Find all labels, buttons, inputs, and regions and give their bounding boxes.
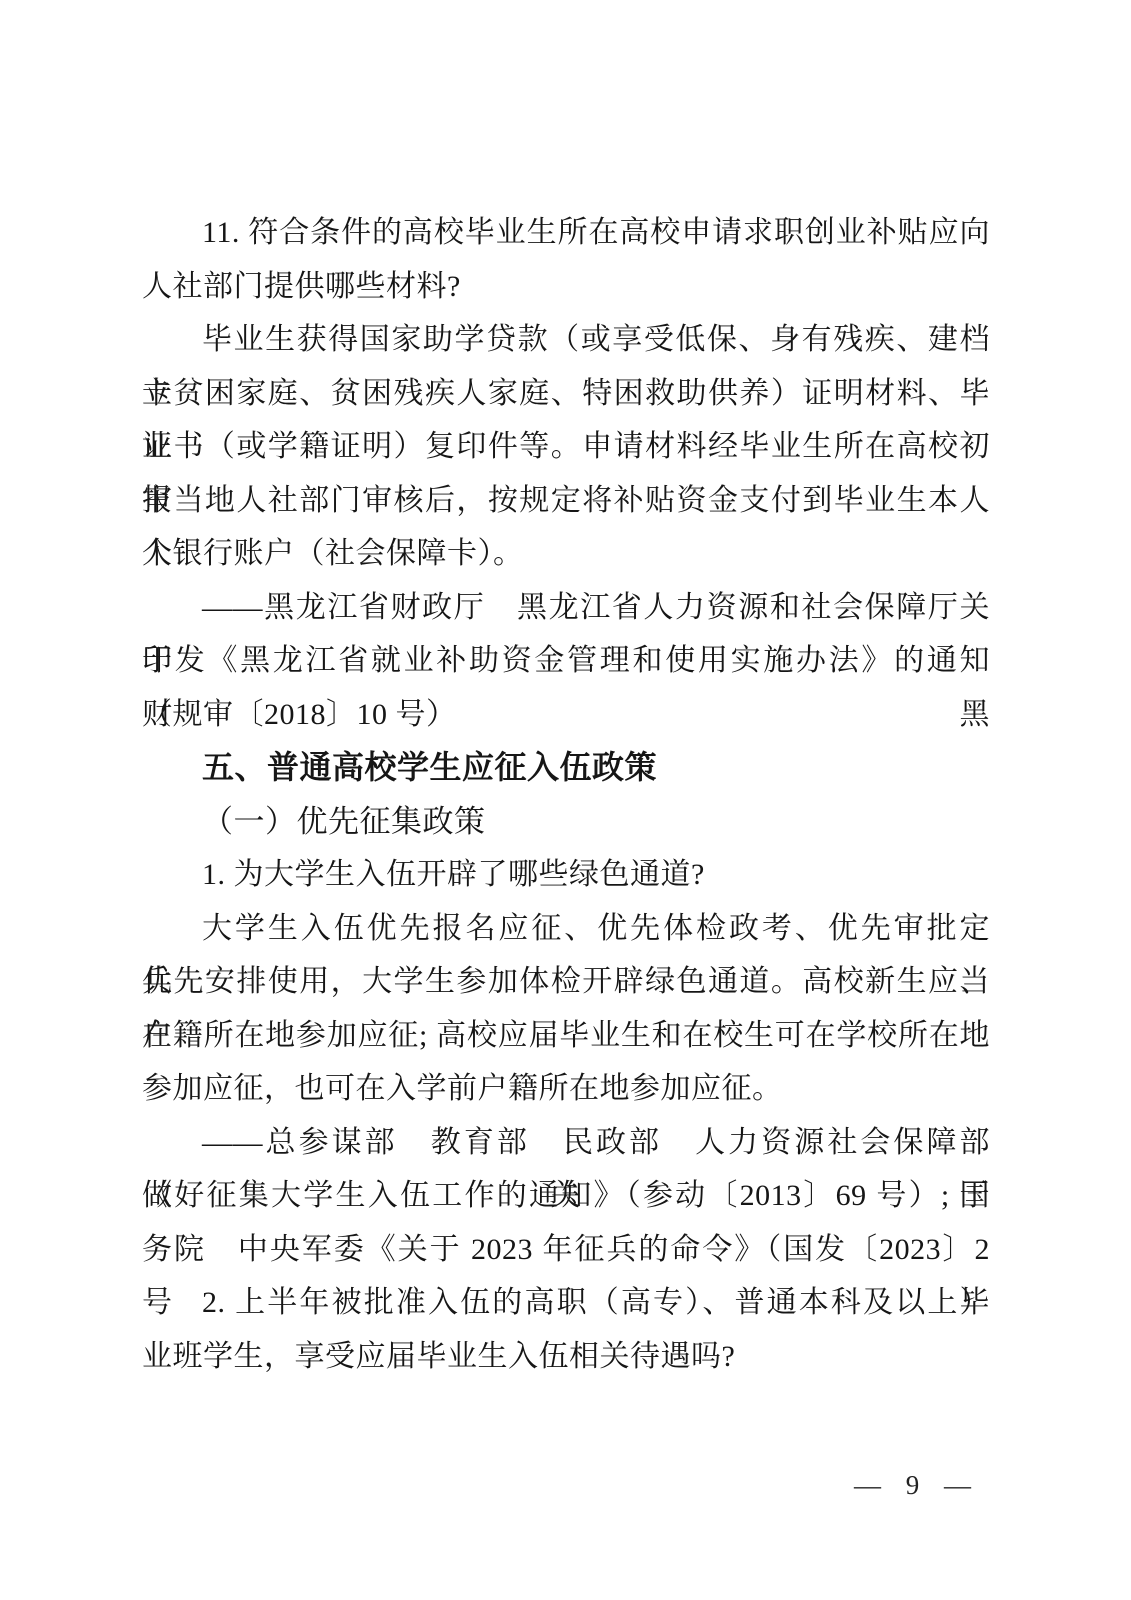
text-line: 人银行账户（社会保障卡）。 bbox=[142, 527, 990, 581]
text-line: 证书（或学籍证明）复印件等。申请材料经毕业生所在高校初审 bbox=[142, 420, 990, 474]
text-line: 2. 上半年被批准入伍的高职（高专）、普通本科及以上毕 bbox=[142, 1276, 990, 1330]
text-line: ——黑龙江省财政厅 黑龙江省人力资源和社会保障厅关于 bbox=[142, 581, 990, 635]
text-line: ——总参谋部 教育部 民政部 人力资源社会保障部《关于 bbox=[142, 1116, 990, 1170]
text-line: 报当地人社部门审核后，按规定将补贴资金支付到毕业生本人个 bbox=[142, 474, 990, 528]
text-line: 人社部门提供哪些材料? bbox=[142, 260, 990, 314]
subsection-heading: （一）优先征集政策 bbox=[142, 795, 990, 849]
text-line: 印发《黑龙江省就业补助资金管理和使用实施办法》的通知（黑 bbox=[142, 634, 990, 688]
section-heading: 五、普通高校学生应征入伍政策 bbox=[142, 741, 990, 795]
text-line: 卡贫困家庭、贫困残疾人家庭、特困救助供养）证明材料、毕业 bbox=[142, 367, 990, 421]
text-line: 业班学生，享受应届毕业生入伍相关待遇吗? bbox=[142, 1330, 990, 1384]
page-number: — 9 — bbox=[854, 1468, 973, 1502]
text-line: 大学生入伍优先报名应征、优先体检政考、优先审批定兵、 bbox=[142, 902, 990, 956]
text-line: 优先安排使用，大学生参加体检开辟绿色通道。高校新生应当在 bbox=[142, 955, 990, 1009]
document-page: 11. 符合条件的高校毕业生所在高校申请求职创业补贴应向人社部门提供哪些材料?毕… bbox=[0, 0, 1131, 1600]
page-body: 11. 符合条件的高校毕业生所在高校申请求职创业补贴应向人社部门提供哪些材料?毕… bbox=[142, 206, 990, 1383]
text-line: 1. 为大学生入伍开辟了哪些绿色通道? bbox=[142, 848, 990, 902]
text-line: 11. 符合条件的高校毕业生所在高校申请求职创业补贴应向 bbox=[142, 206, 990, 260]
text-line: 做好征集大学生入伍工作的通知》（参动〔2013〕69 号）; 国 bbox=[142, 1169, 990, 1223]
text-line: 毕业生获得国家助学贷款（或享受低保、身有残疾、建档立 bbox=[142, 313, 990, 367]
text-line: 务院 中央军委《关于 2023 年征兵的命令》（国发〔2023〕2 号） bbox=[142, 1223, 990, 1277]
text-line: 参加应征，也可在入学前户籍所在地参加应征。 bbox=[142, 1062, 990, 1116]
text-line: 户籍所在地参加应征; 高校应届毕业生和在校生可在学校所在地 bbox=[142, 1009, 990, 1063]
